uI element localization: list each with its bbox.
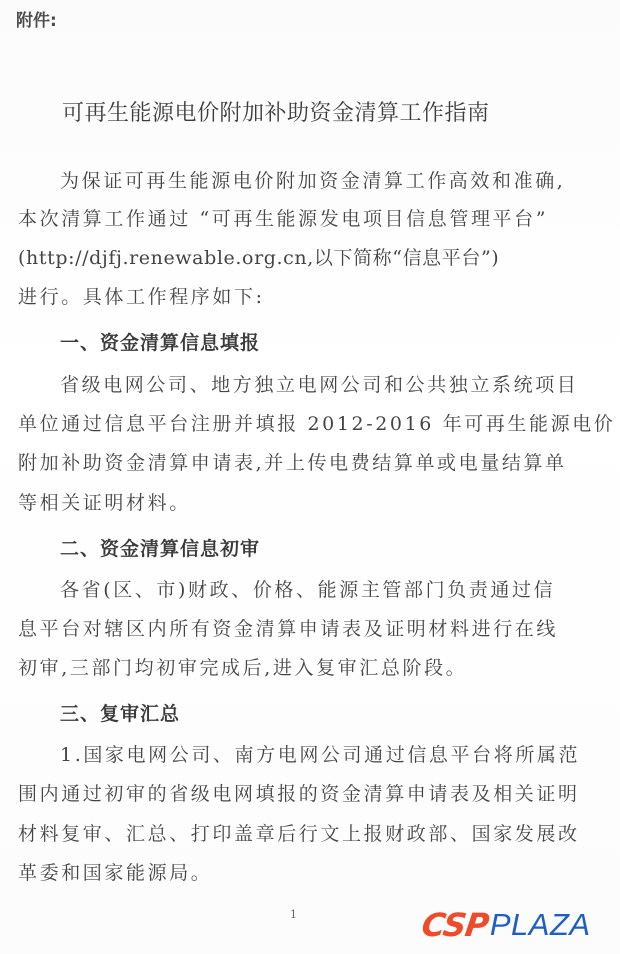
section-heading: 一、资金清算信息填报 (60, 328, 260, 355)
page-number: 1 (290, 908, 297, 921)
paragraph-line: 等相关证明材料。 (18, 488, 191, 515)
paragraph-line: 单位通过信息平台注册并填报 2012-2016 年可再生能源电价 (18, 409, 615, 436)
logo-csp-text: CSP (419, 906, 490, 944)
paragraph-line: 围内通过初审的省级电网填报的资金清算申请表及相关证明 (18, 779, 580, 806)
logo-plaza-text: PLAZA (490, 907, 591, 943)
attachment-label: 附件: (16, 6, 57, 31)
section-heading: 二、资金清算信息初审 (60, 534, 260, 561)
paragraph-line: 1.国家电网公司、南方电网公司通过信息平台将所属范 (60, 740, 580, 767)
section-heading: 三、复审汇总 (60, 699, 180, 726)
document-page: 附件: 可再生能源电价附加补助资金清算工作指南 为保证可再生能源电价附加资金清算… (0, 0, 620, 954)
intro-line: 本次清算工作通过 “可再生能源发电项目信息管理平台” (18, 204, 548, 231)
paragraph-line: 省级电网公司、地方独立电网公司和公共独立系统项目 (60, 370, 578, 397)
document-title: 可再生能源电价附加补助资金清算工作指南 (62, 96, 490, 127)
paragraph-line: 材料复审、汇总、打印盖章后行文上报财政部、国家发展改 (18, 819, 580, 846)
intro-line: 进行。具体工作程序如下: (18, 282, 265, 309)
paragraph-line: 附加补助资金清算申请表,并上传电费结算单或电量结算单 (18, 448, 567, 475)
paragraph-line: 革委和国家能源局。 (18, 858, 212, 885)
intro-line: 为保证可再生能源电价附加资金清算工作高效和准确, (60, 166, 565, 193)
paragraph-line: 各省(区、市)财政、价格、能源主管部门负责通过信 (60, 575, 555, 602)
intro-line: (http://djfj.renewable.org.cn,以下简称“信息平台”… (18, 243, 499, 270)
csp-plaza-watermark-logo: CSP PLAZA (422, 908, 591, 942)
paragraph-line: 初审,三部门均初审完成后,进入复审汇总阶段。 (18, 653, 467, 680)
paragraph-line: 息平台对辖区内所有资金清算申请表及证明材料进行在线 (18, 614, 558, 641)
